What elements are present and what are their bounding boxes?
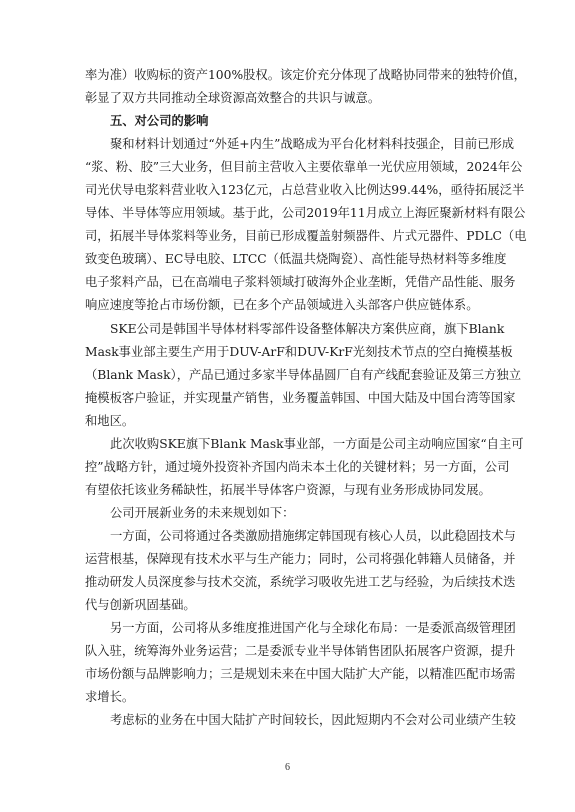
text-line: 掩模板客户验证，并实现量产销售，业务覆盖韩国、中国大陆及中国台湾等国家 [85, 387, 493, 410]
text-line: SKE公司是韩国半导体材料零部件设备整体解决方案供应商，旗下Blank [85, 318, 493, 341]
paragraph-future-plans-intro: 公司开展新业务的未来规划如下： [85, 502, 493, 525]
text-line: 司，拓展半导体浆料等业务，目前已形成覆盖射频器件、片式元器件、PDLC（电 [85, 225, 493, 248]
text-line: 和地区。 [85, 410, 493, 433]
document-page: 率为准）收购标的资产100%股权。该定价充分体现了战略协同带来的独特价值， 彰显… [0, 0, 575, 812]
text-line: 聚和材料计划通过“外延+内生”战略成为平台化材料科技强企，目前已形成 [85, 133, 493, 156]
document-body: 率为准）收购标的资产100%股权。该定价充分体现了战略协同带来的独特价值， 彰显… [85, 64, 493, 732]
paragraph-short-term-impact: 考虑标的业务在中国大陆扩产时间较长，因此短期内不会对公司业绩产生较 [85, 709, 493, 732]
text-line: 求增长。 [85, 686, 493, 709]
text-line: 队入驻，统筹海外业务运营；二是委派专业半导体销售团队拓展客户资源，提升 [85, 640, 493, 663]
text-line: 市场份额与品牌影响力；三是规划未来在中国大陆扩大产能，以精准匹配市场需 [85, 663, 493, 686]
text-line: 控”战略方针，通过境外投资补齐国内尚未本土化的关键材料；另一方面，公司 [85, 456, 493, 479]
paragraph-plan-two: 另一方面，公司将从多维度推进国产化与全球化布局：一是委派高级管理团 队入驻，统筹… [85, 617, 493, 709]
section-heading: 五、对公司的影响 [85, 110, 493, 133]
text-line: 运营根基，保障现有技术水平与生产能力；同时，公司将强化韩籍人员储备，并 [85, 548, 493, 571]
text-line: 一方面，公司将通过各类激励措施绑定韩国现有核心人员，以此稳固技术与 [85, 525, 493, 548]
text-line: 代与创新巩固基础。 [85, 594, 493, 617]
paragraph-strategy: 聚和材料计划通过“外延+内生”战略成为平台化材料科技强企，目前已形成 “浆、粉、… [85, 133, 493, 317]
text-line: 致变色玻璃）、EC导电胶、LTCC（低温共烧陶瓷）、高性能导热材料等多维度 [85, 248, 493, 271]
text-line: 率为准）收购标的资产100%股权。该定价充分体现了战略协同带来的独特价值， [85, 64, 493, 87]
text-line: 电子浆料产品，已在高端电子浆料领域打破海外企业垄断，凭借产品性能、服务 [85, 271, 493, 294]
text-line: 导体、半导体等应用领域。基于此，公司2019年11月成立上海匠聚新材料有限公 [85, 202, 493, 225]
text-line: “浆、粉、胶”三大业务，但目前主营收入主要依靠单一光伏应用领域，2024年公 [85, 156, 493, 179]
paragraph-plan-one: 一方面，公司将通过各类激励措施绑定韩国现有核心人员，以此稳固技术与 运营根基，保… [85, 525, 493, 617]
text-line: 彰显了双方共同推动全球资源高效整合的共识与诚意。 [85, 87, 493, 110]
text-line: （Blank Mask），产品已通过多家半导体晶圆厂自有产线配套验证及第三方独立 [85, 364, 493, 387]
text-line: 有望依托该业务稀缺性，拓展半导体客户资源，与现有业务形成协同发展。 [85, 479, 493, 502]
text-line: 此次收购SKE旗下Blank Mask事业部，一方面是公司主动响应国家“自主可 [85, 433, 493, 456]
paragraph-acquisition-purpose: 此次收购SKE旗下Blank Mask事业部，一方面是公司主动响应国家“自主可 … [85, 433, 493, 502]
page-number: 6 [0, 762, 575, 773]
text-line: 响应速度等抢占市场份额，已在多个产品领域进入头部客户供应链体系。 [85, 294, 493, 317]
paragraph-ske-company: SKE公司是韩国半导体材料零部件设备整体解决方案供应商，旗下Blank Mask… [85, 318, 493, 433]
text-line: 推动研发人员深度参与技术交流，系统学习吸收先进工艺与经验，为后续技术迭 [85, 571, 493, 594]
text-line: 公司开展新业务的未来规划如下： [85, 502, 493, 525]
text-line: 司光伏导电浆料营业收入123亿元，占总营业收入比例达99.44%，亟待拓展泛半 [85, 179, 493, 202]
text-line: Mask事业部主要生产用于DUV-ArF和DUV-KrF光刻技术节点的空白掩模基… [85, 341, 493, 364]
paragraph-continuation: 率为准）收购标的资产100%股权。该定价充分体现了战略协同带来的独特价值， 彰显… [85, 64, 493, 110]
text-line: 考虑标的业务在中国大陆扩产时间较长，因此短期内不会对公司业绩产生较 [85, 709, 493, 732]
text-line: 另一方面，公司将从多维度推进国产化与全球化布局：一是委派高级管理团 [85, 617, 493, 640]
